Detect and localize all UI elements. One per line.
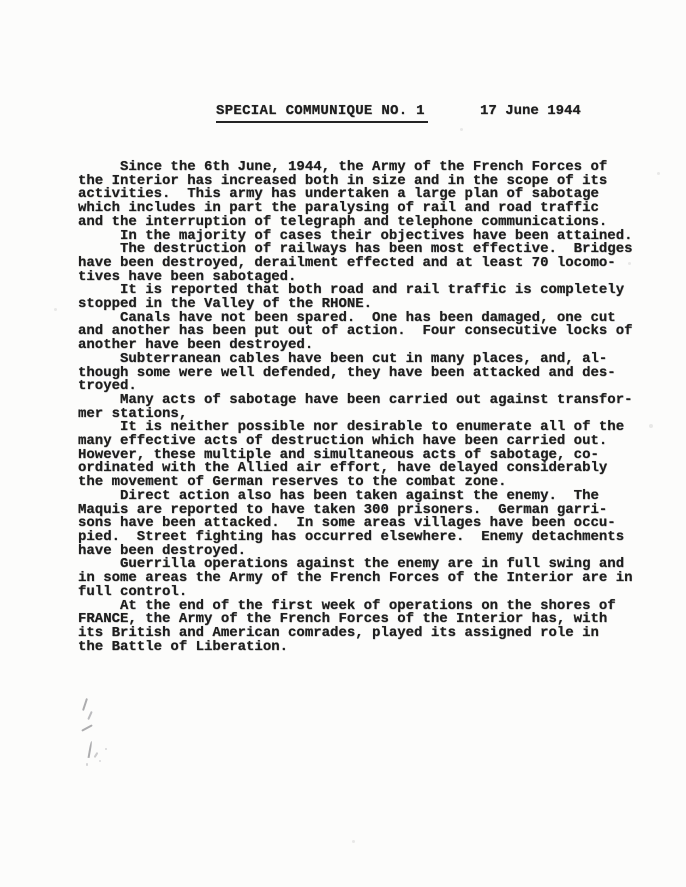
pencil-mark xyxy=(87,711,92,720)
communique-date: 17 June 1944 xyxy=(480,103,581,119)
communique-title: SPECIAL COMMUNIQUE NO. 1 xyxy=(216,103,428,123)
pencil-mark xyxy=(88,741,93,758)
scan-speck xyxy=(352,840,355,843)
scan-speck xyxy=(657,172,660,175)
pencil-mark xyxy=(94,752,99,758)
scan-speck xyxy=(99,760,101,762)
document-page: SPECIAL COMMUNIQUE NO. 1 17 June 1944 Si… xyxy=(0,0,686,887)
communique-body-text: Since the 6th June, 1944, the Army of th… xyxy=(78,161,653,654)
pencil-mark xyxy=(82,698,88,711)
pencil-mark xyxy=(86,763,88,766)
scan-speck xyxy=(628,262,631,265)
scan-speck xyxy=(649,424,653,428)
pencil-mark xyxy=(81,724,93,731)
scan-speck xyxy=(105,748,107,750)
scan-speck xyxy=(460,128,463,131)
document-header: SPECIAL COMMUNIQUE NO. 1 17 June 1944 xyxy=(0,103,686,129)
scan-speck xyxy=(54,308,57,311)
